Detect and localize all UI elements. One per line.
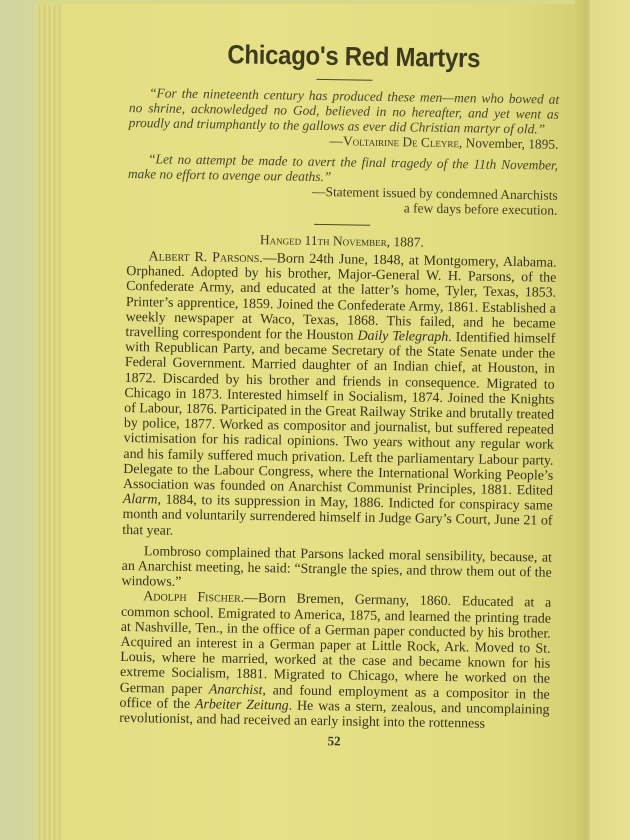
epigraph-1-date: November, 1895. <box>465 135 558 151</box>
entry-name: Albert R. Parsons. <box>148 249 262 266</box>
epigraph-2-attribution: —Statement issued by condemned Anarchist… <box>127 181 557 218</box>
body-text: Albert R. Parsons.—Born 24th June, 1848,… <box>119 249 556 733</box>
facing-page <box>590 0 630 840</box>
page-content: Chicago's Red Martyrs “For the nineteent… <box>119 40 560 753</box>
page-title: Chicago's Red Martyrs <box>148 39 560 76</box>
entry-parsons: Albert R. Parsons.—Born 24th June, 1848,… <box>122 249 556 545</box>
epigraph-1-author: —Voltairine De Cleyre, <box>330 133 463 150</box>
paragraph-lombroso: Lombroso complained that Parsons lacked … <box>121 544 552 596</box>
epigraph-1: “For the nineteenth century has produced… <box>129 85 560 137</box>
title-rule <box>316 79 372 81</box>
background-surface <box>0 0 38 840</box>
entry-fischer: Adolph Fischer.—Born Bremen, Germany, 18… <box>119 589 551 733</box>
entry-name: Adolph Fischer. <box>143 590 244 607</box>
section-rule <box>314 224 370 226</box>
epigraph-1-quote: “For the nineteenth century has produced… <box>129 85 560 137</box>
